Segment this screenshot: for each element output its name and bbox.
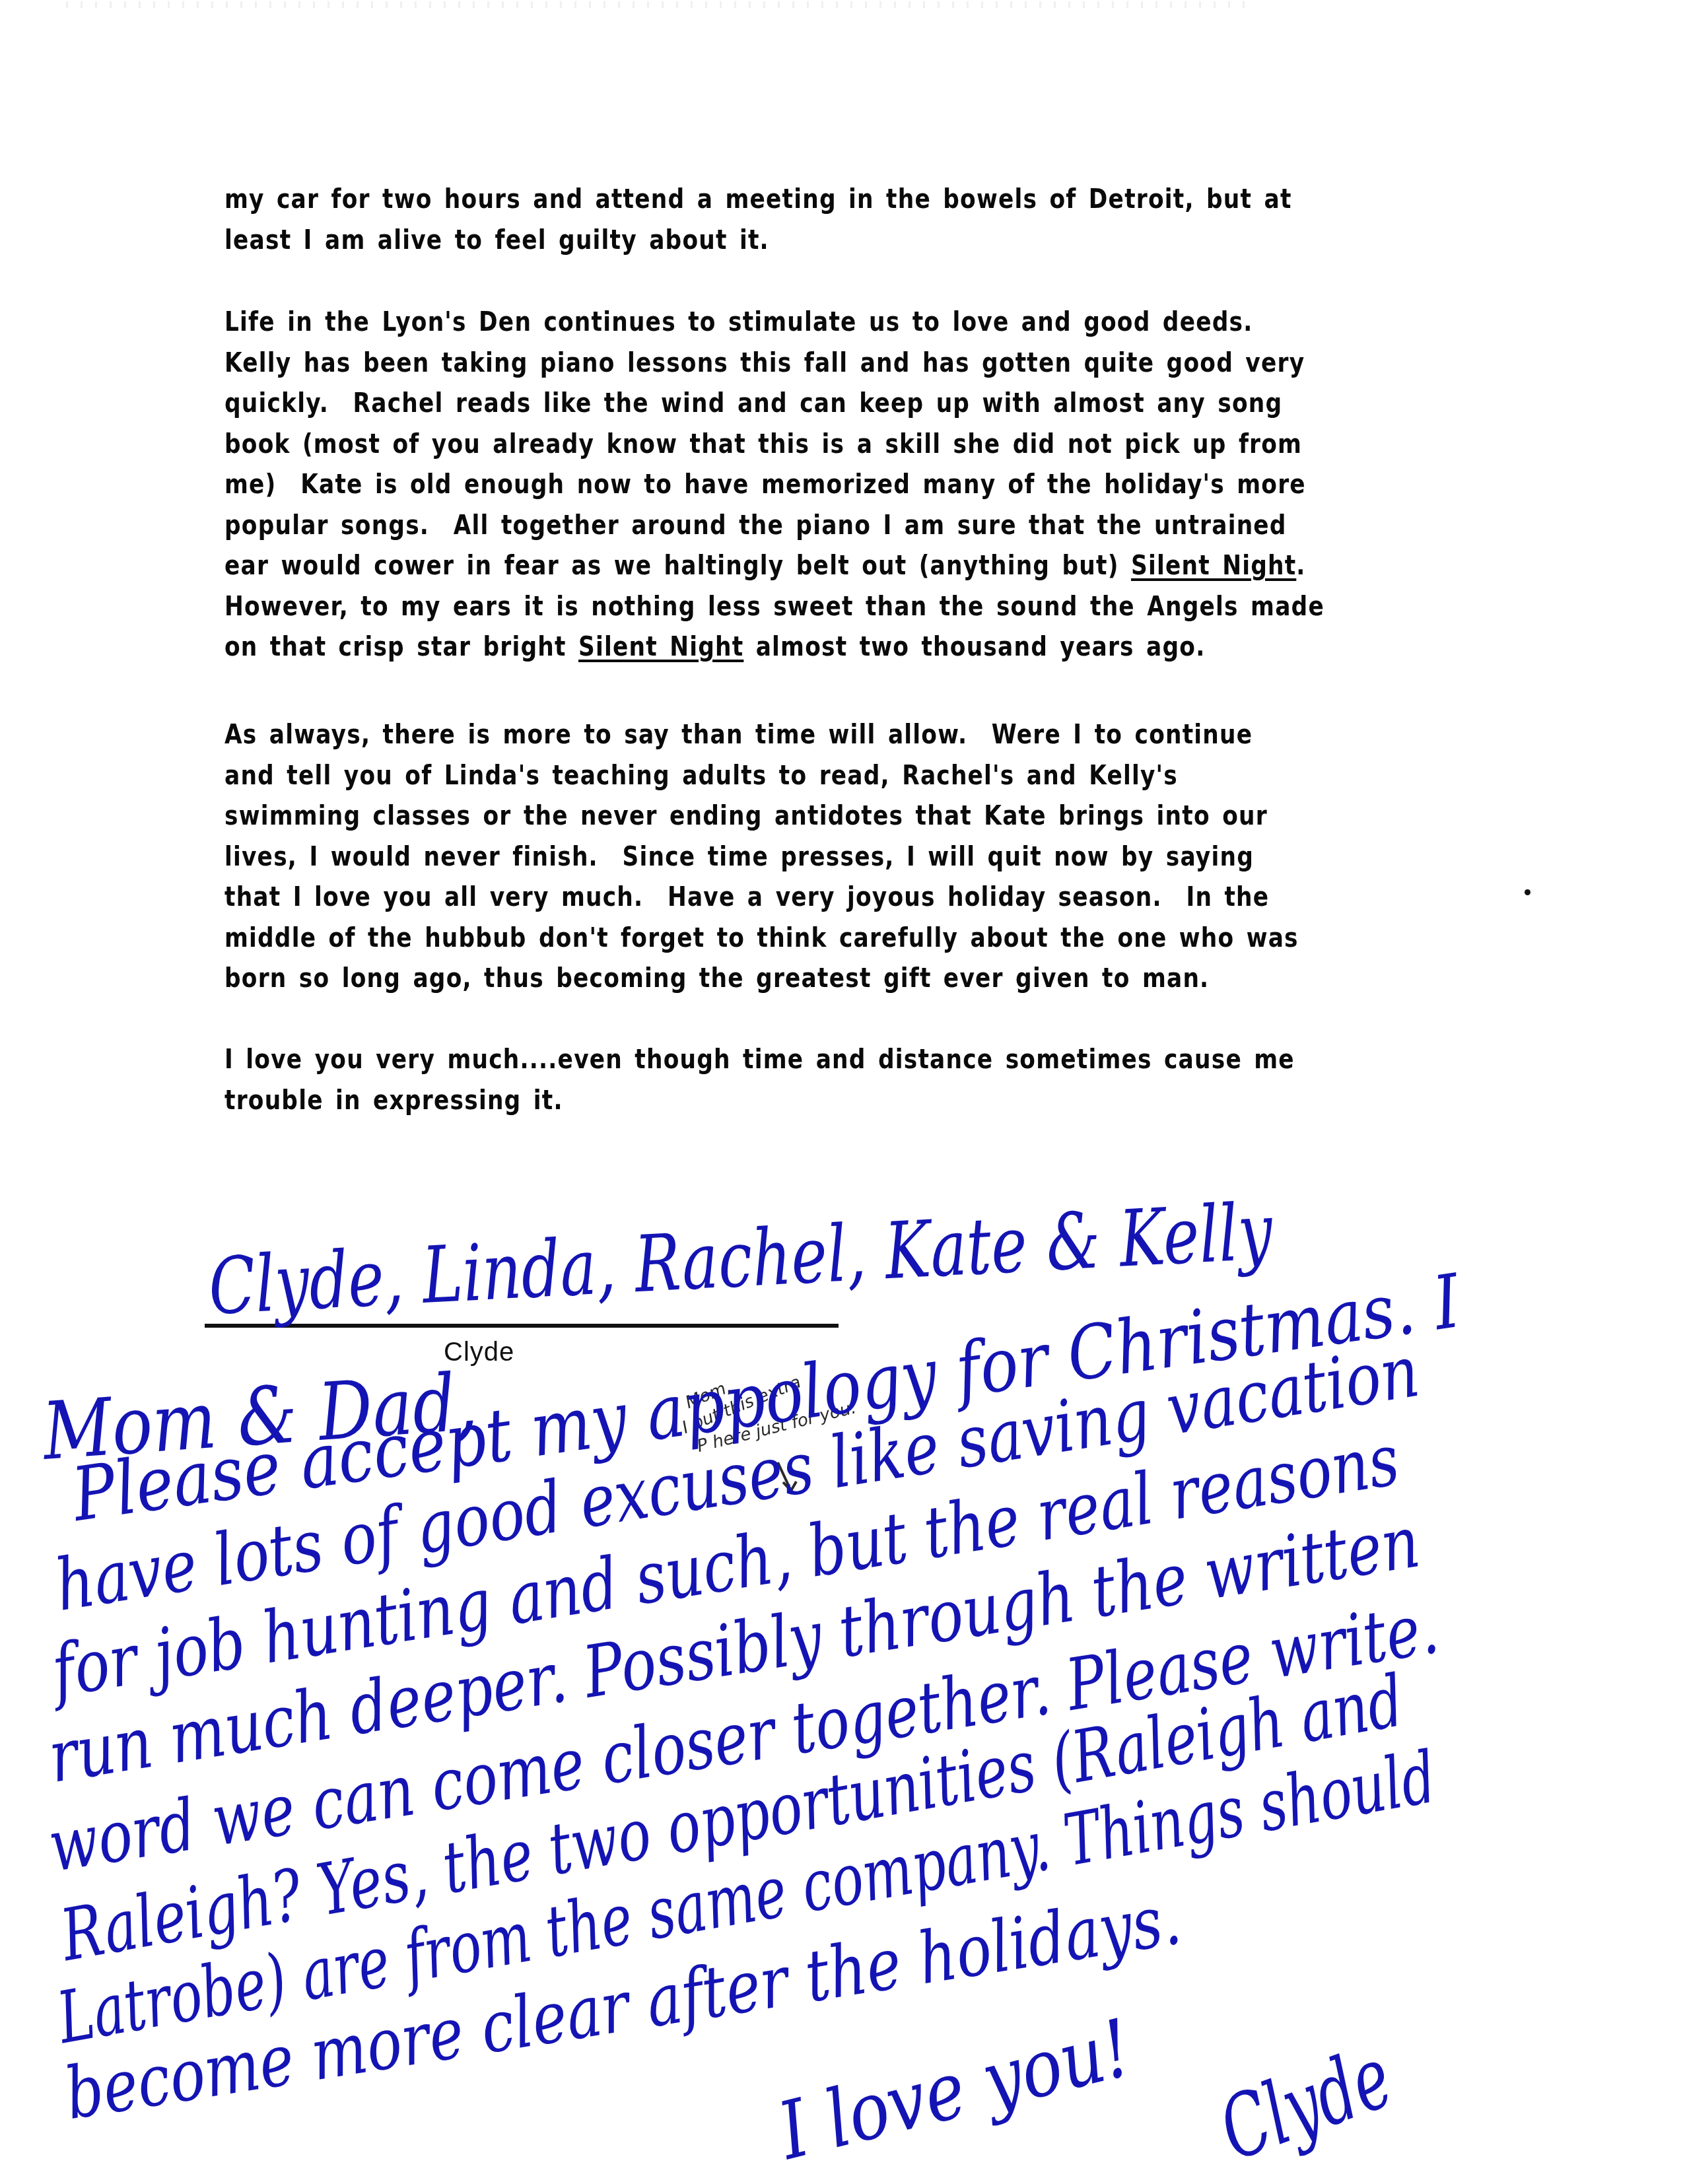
text-line: As always, there is more to say than tim… <box>224 715 1338 756</box>
scan-artifact <box>66 1 1255 8</box>
text-line: born so long ago, thus becoming the grea… <box>224 959 1338 1000</box>
ink-dot <box>1525 889 1530 895</box>
underlined-title: Silent Night <box>1131 551 1296 581</box>
text-line: Life in the Lyon's Den continues to stim… <box>224 302 1338 343</box>
handwritten-closing: I love you! <box>770 2002 1140 2178</box>
text-line: me) Kate is old enough now to have memor… <box>224 465 1338 506</box>
text-line: I love you very much....even though time… <box>224 1040 1338 1081</box>
text-line: trouble in expressing it. <box>224 1081 1338 1122</box>
handwritten-signature: Clyde <box>1207 2026 1404 2180</box>
text-line: popular songs. All together around the p… <box>224 506 1338 547</box>
typed-paragraph-2: Life in the Lyon's Den continues to stim… <box>224 302 1338 668</box>
typed-paragraph-3: As always, there is more to say than tim… <box>224 715 1338 1000</box>
text-line: lives, I would never finish. Since time … <box>224 837 1338 878</box>
text-line: quickly. Rachel reads like the wind and … <box>224 384 1338 425</box>
text-line: middle of the hubbub don't forget to thi… <box>224 918 1338 959</box>
text-line: least I am alive to feel guilty about it… <box>224 221 1338 261</box>
text-line: However, to my ears it is nothing less s… <box>224 587 1338 628</box>
typed-paragraph-1: my car for two hours and attend a meetin… <box>224 180 1338 261</box>
text-line: ear would cower in fear as we haltingly … <box>224 546 1338 587</box>
text-line: book (most of you already know that this… <box>224 425 1338 465</box>
underlined-title: Silent Night <box>578 632 743 662</box>
letter-page: my car for two hours and attend a meetin… <box>0 0 1685 2184</box>
text-line: Kelly has been taking piano lessons this… <box>224 343 1338 384</box>
typed-paragraph-4: I love you very much....even though time… <box>224 1040 1338 1121</box>
text-line: my car for two hours and attend a meetin… <box>224 180 1338 221</box>
text-line: on that crisp star bright Silent Night a… <box>224 627 1338 668</box>
text-line: that I love you all very much. Have a ve… <box>224 877 1338 918</box>
text-line: swimming classes or the never ending ant… <box>224 796 1338 837</box>
text-line: and tell you of Linda's teaching adults … <box>224 756 1338 797</box>
